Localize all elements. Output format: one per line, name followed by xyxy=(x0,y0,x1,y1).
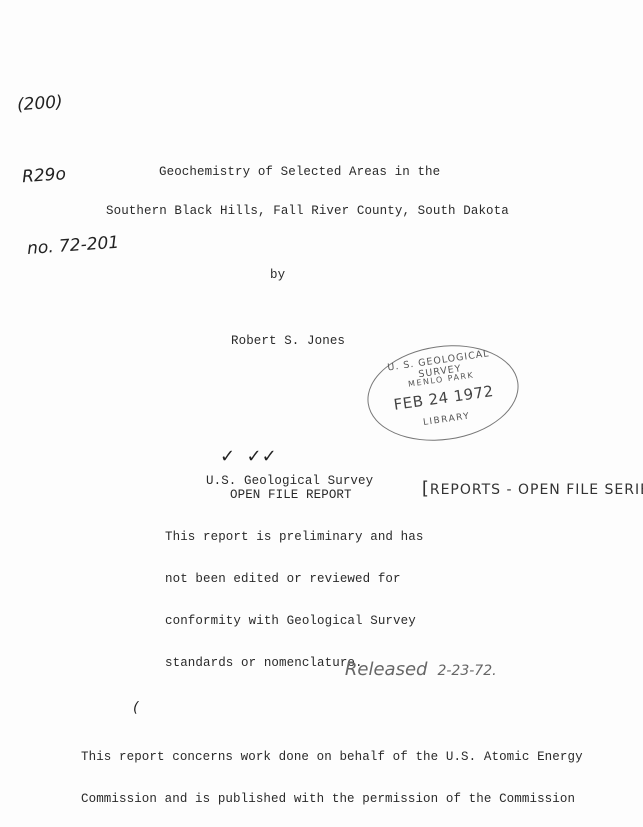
bracket-left-icon: [ xyxy=(422,478,430,499)
handwritten-ref-line: R29o xyxy=(21,159,115,189)
agency-name: U.S. Geological Survey xyxy=(206,474,373,488)
release-label: Released xyxy=(345,659,428,680)
disclaimer-line: conformity with Geological Survey xyxy=(165,614,423,628)
series-note-text: REPORTS - OPEN FILE SERIES xyxy=(430,482,643,498)
check-mark-icon: ✓ ✓✓ xyxy=(220,446,277,467)
handwritten-release-note: Released2-23-72. xyxy=(322,638,497,701)
footer-note: This report concerns work done on behalf… xyxy=(81,722,583,827)
report-type: OPEN FILE REPORT xyxy=(230,488,352,502)
footer-line: Commission and is published with the per… xyxy=(81,792,583,806)
footer-line: This report concerns work done on behalf… xyxy=(81,750,583,764)
author-name: Robert S. Jones xyxy=(231,334,345,348)
handwritten-reference-number: (200) R29o no. 72-201 xyxy=(13,39,123,309)
handwritten-ref-line: (200) xyxy=(16,87,110,117)
by-label: by xyxy=(270,268,285,282)
title-line-1: Geochemistry of Selected Areas in the xyxy=(159,165,440,179)
document-page: (200) R29o no. 72-201 Geochemistry of Se… xyxy=(0,0,643,827)
title-line-2: Southern Black Hills, Fall River County,… xyxy=(106,204,509,218)
stray-mark: ( xyxy=(133,700,138,716)
release-date: 2-23-72. xyxy=(437,663,496,679)
disclaimer-line: not been edited or reviewed for xyxy=(165,572,423,586)
disclaimer-line: This report is preliminary and has xyxy=(165,530,423,544)
library-received-stamp: U. S. GEOLOGICAL SURVEY MENLO PARK FEB 2… xyxy=(361,336,525,450)
handwritten-ref-line: no. 72-201 xyxy=(26,231,120,261)
handwritten-series-note: [REPORTS - OPEN FILE SERIES] xyxy=(400,462,643,515)
